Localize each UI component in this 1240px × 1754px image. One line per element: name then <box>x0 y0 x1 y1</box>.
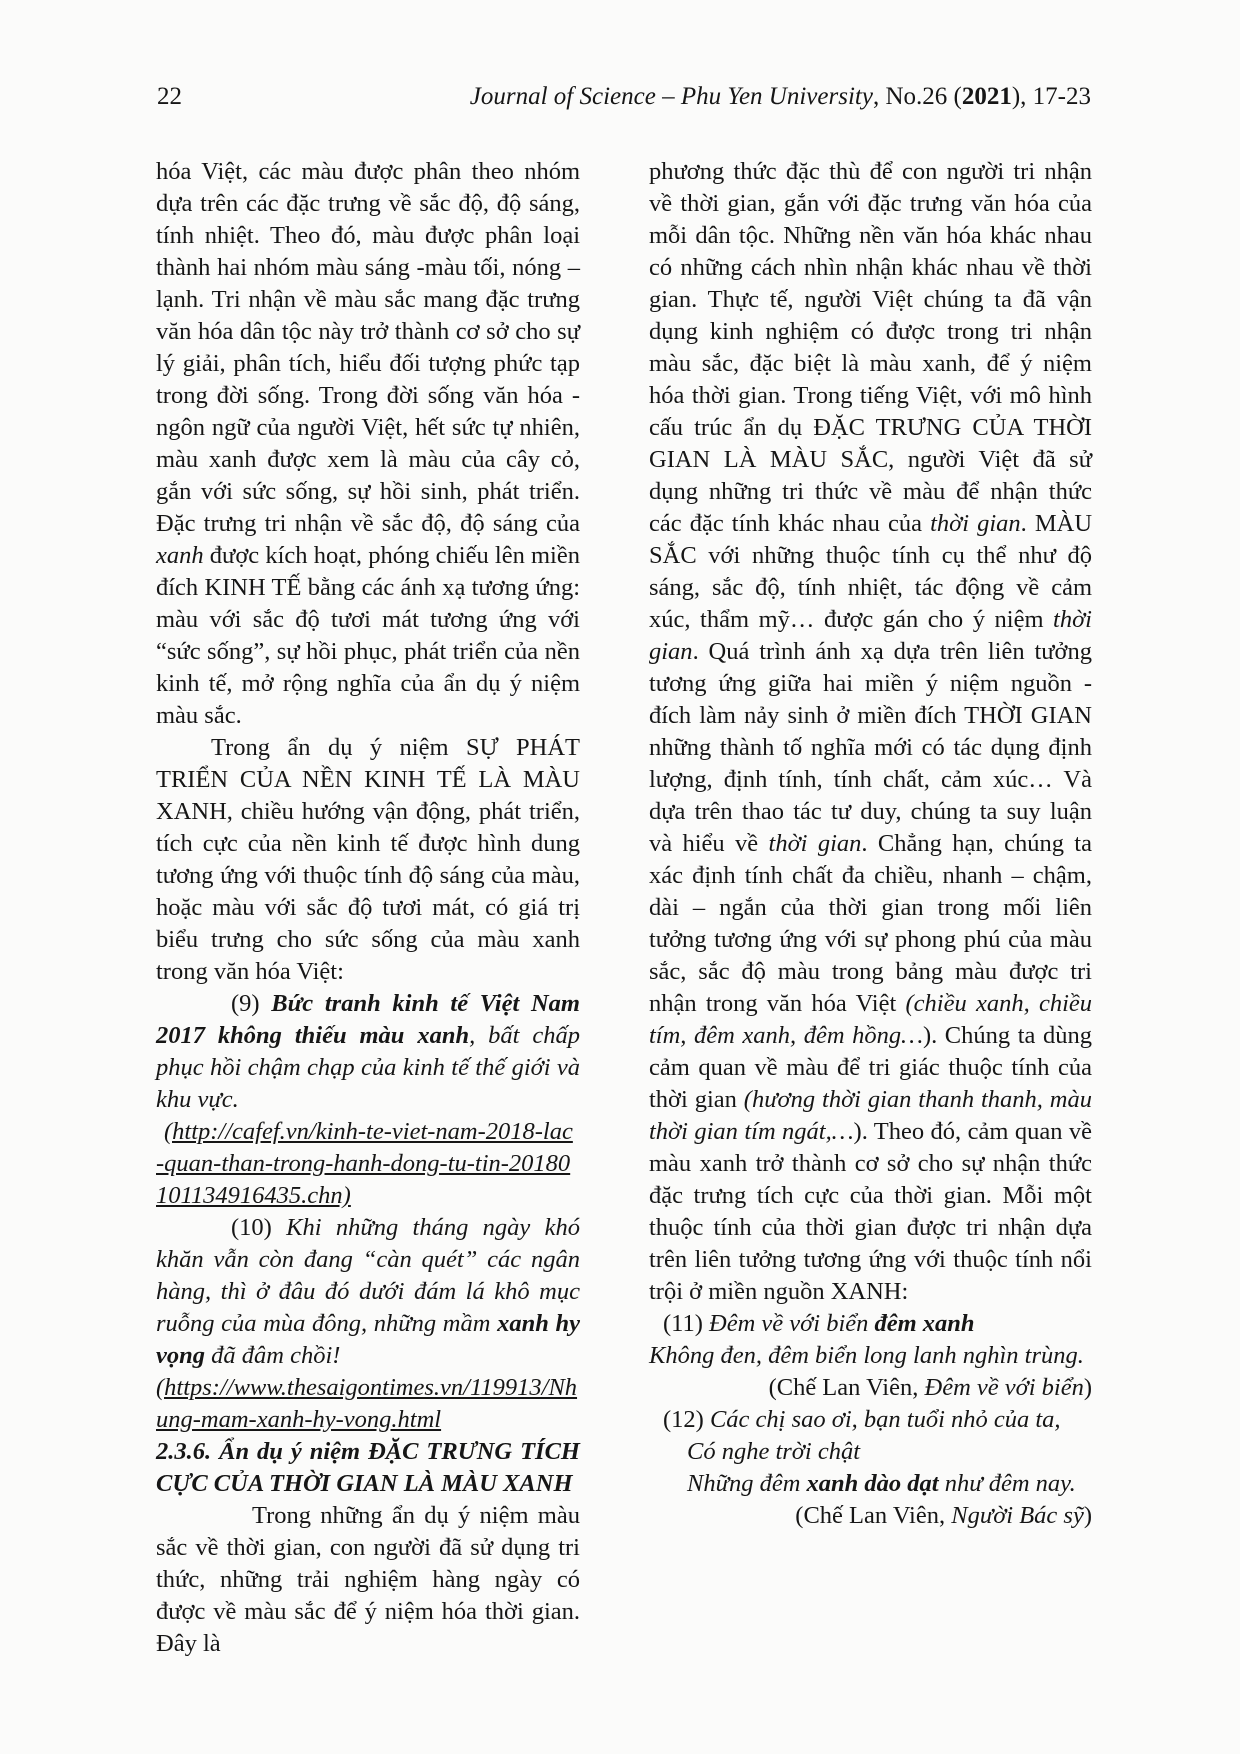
text-run: Những đêm <box>687 1470 807 1497</box>
verse-line: Không đen, đêm biển long lanh nghìn trùn… <box>649 1340 1092 1372</box>
verse-line: Có nghe trời chật <box>649 1436 1092 1468</box>
text-run: Không đen, đêm biển long lanh nghìn trùn… <box>649 1342 1084 1369</box>
text-run: phương thức đặc thù để con người tri nhậ… <box>649 158 1092 537</box>
issue-prefix: , No.26 ( <box>873 83 962 110</box>
example-10: (10) Khi những tháng ngày khó khăn vẫn c… <box>156 1212 580 1372</box>
citation: (Chế Lan Viên, Người Bác sỹ) <box>649 1500 1092 1532</box>
url-saigontimes[interactable]: (https://www.thesaigontimes.vn/119913/Nh… <box>156 1372 580 1436</box>
text-run: (10) <box>231 1214 286 1241</box>
text-run: Các chị sao ơi, bạn tuổi nhỏ của ta, <box>710 1406 1061 1433</box>
text-run: đêm xanh <box>875 1310 975 1337</box>
text-run: Có nghe trời chật <box>687 1438 860 1465</box>
text-run: (Chế Lan Viên, <box>795 1502 951 1529</box>
text-run: thời gian <box>769 830 862 857</box>
issue-year: 2021 <box>962 83 1012 110</box>
journal-page: 22 Journal of Science – Phu Yen Universi… <box>0 0 1240 1754</box>
text-run: xanh dào dạt <box>807 1470 939 1497</box>
issue-suffix: ), 17-23 <box>1012 83 1091 110</box>
text-run: (11) <box>663 1310 709 1337</box>
text-run: (https://www.thesaigontimes.vn/119913/Nh… <box>156 1374 577 1433</box>
body-paragraph: Trong ẩn dụ ý niệm SỰ PHÁT TRIỂN CỦA NỀN… <box>156 732 580 988</box>
text-run: (http://cafef.vn/kinh-te-viet-nam-2018-l… <box>156 1118 573 1209</box>
right-column: phương thức đặc thù để con người tri nhậ… <box>649 156 1092 1660</box>
text-run: hóa Việt, các màu được phân theo nhóm dự… <box>156 158 580 537</box>
text-run: như đêm nay. <box>939 1470 1076 1497</box>
text-run: ) <box>1084 1502 1092 1529</box>
verse-line: Những đêm xanh dào dạt như đêm nay. <box>649 1468 1092 1500</box>
example-9: (9) Bức tranh kinh tế Việt Nam 2017 khôn… <box>156 988 580 1116</box>
example-12: (12) Các chị sao ơi, bạn tuổi nhỏ của ta… <box>649 1404 1092 1436</box>
text-run: Trong ẩn dụ ý niệm SỰ PHÁT TRIỂN CỦA NỀN… <box>156 734 580 985</box>
text-run: Trong những ẩn dụ ý niệm màu sắc về thời… <box>156 1502 580 1657</box>
text-run: Đêm về với biển <box>709 1310 874 1337</box>
text-run: thời gian <box>930 510 1021 537</box>
journal-reference: Journal of Science – Phu Yen University,… <box>470 82 1091 112</box>
text-run: . Chẳng hạn, chúng ta xác định tính chất… <box>649 830 1092 1017</box>
body-paragraph: Trong những ẩn dụ ý niệm màu sắc về thời… <box>156 1500 580 1660</box>
section-heading-2-3-6: 2.3.6. Ẩn dụ ý niệm ĐẶC TRƯNG TÍCH CỰC C… <box>156 1436 580 1500</box>
body-paragraph-continuation: hóa Việt, các màu được phân theo nhóm dự… <box>156 156 580 732</box>
journal-title: Journal of Science – Phu Yen University <box>470 83 873 110</box>
text-run: (12) <box>663 1406 710 1433</box>
text-run: . Quá trình ánh xạ dựa trên liên tưởng t… <box>649 638 1092 857</box>
body-paragraph-continuation: phương thức đặc thù để con người tri nhậ… <box>649 156 1092 1308</box>
page-number: 22 <box>157 82 182 112</box>
text-run: được kích hoạt, phóng chiếu lên miền đíc… <box>156 542 580 729</box>
text-run: Người Bác sỹ <box>951 1502 1084 1529</box>
text-run: xanh <box>156 542 204 569</box>
text-run: Đêm về với biển <box>925 1374 1084 1401</box>
two-column-body: hóa Việt, các màu được phân theo nhóm dự… <box>156 156 1092 1660</box>
text-run: (9) <box>231 990 271 1017</box>
text-run: đã đâm chồi! <box>205 1342 340 1369</box>
text-run: 2.3.6. Ẩn dụ ý niệm ĐẶC TRƯNG TÍCH CỰC C… <box>156 1438 580 1497</box>
example-11: (11) Đêm về với biển đêm xanh <box>649 1308 1092 1340</box>
text-run: ). Theo đó, cảm quan về màu xanh trở thà… <box>649 1118 1092 1305</box>
citation: (Chế Lan Viên, Đêm về với biển) <box>649 1372 1092 1404</box>
text-run: ) <box>1084 1374 1092 1401</box>
url-cafef[interactable]: (http://cafef.vn/kinh-te-viet-nam-2018-l… <box>156 1116 580 1212</box>
left-column: hóa Việt, các màu được phân theo nhóm dự… <box>156 156 580 1660</box>
text-run: (Chế Lan Viên, <box>769 1374 925 1401</box>
page-header: 22 Journal of Science – Phu Yen Universi… <box>157 82 1091 112</box>
